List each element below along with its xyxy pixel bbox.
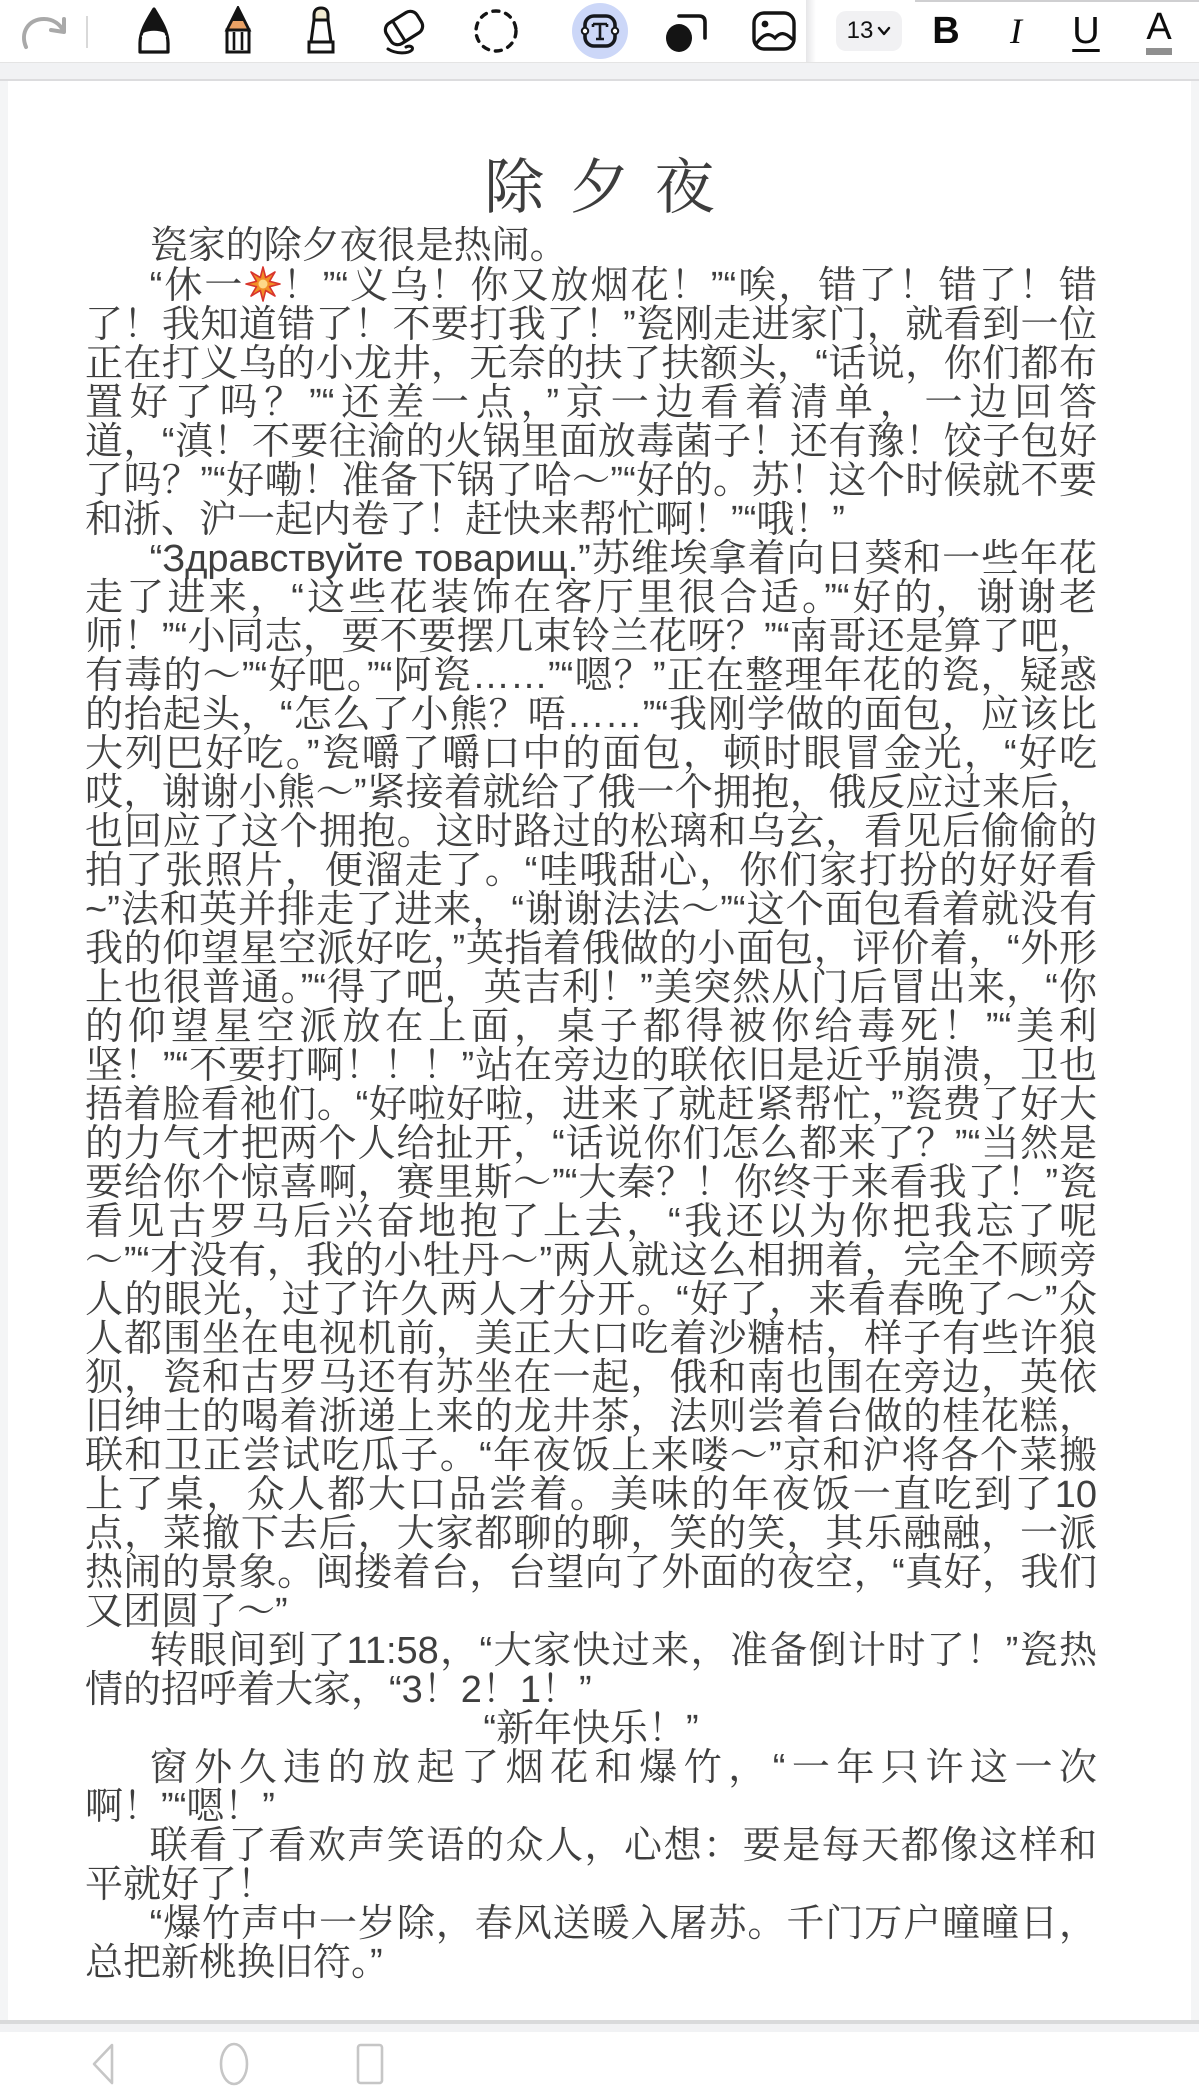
toolbar-divider [86, 16, 88, 48]
toolbar: 13 B I U A [0, 0, 1199, 62]
underline-button[interactable]: U [1056, 0, 1116, 62]
lasso-tool-button[interactable] [466, 0, 526, 62]
bold-button[interactable]: B [916, 0, 976, 62]
toolbar-section-divider [806, 0, 816, 62]
italic-label: I [1010, 13, 1022, 49]
document-canvas[interactable]: 除夕夜 瓷家的除夕夜很是热闹。 “休一！”“义乌！你又放烟花！”“唉，错了！错了… [8, 81, 1191, 2020]
undo-button[interactable] [10, 0, 76, 62]
underline-label: U [1072, 12, 1099, 50]
back-button[interactable] [88, 2040, 118, 2088]
paragraph[interactable]: 转眼间到了11:58，“大家快过来，准备倒计时了！”瓷热情的招呼着大家，“3！2… [85, 1632, 1097, 1710]
text-box-icon [572, 3, 628, 59]
bold-label: B [932, 12, 959, 50]
shapes-icon [661, 6, 711, 56]
android-navigation-bar [0, 2032, 1199, 2097]
page-right-gutter [1191, 81, 1199, 2020]
paragraph[interactable]: 联看了看欢声笑语的众人，心想：要是每天都像这样和平就好了！ [85, 1827, 1097, 1905]
lasso-select-icon [471, 6, 521, 56]
italic-button[interactable]: I [988, 0, 1044, 62]
marker-icon [301, 6, 341, 56]
font-size-value: 13 [847, 17, 874, 45]
text-tool-button[interactable] [572, 0, 628, 62]
pencil-tool-button[interactable] [210, 0, 266, 62]
image-tool-button[interactable] [746, 0, 802, 62]
home-button[interactable] [217, 2040, 251, 2088]
undo-icon [18, 11, 68, 51]
marker-tool-button[interactable] [293, 0, 349, 62]
eraser-tool-button[interactable] [374, 0, 434, 62]
app-screen: 13 B I U A 除夕夜 瓷家的除夕夜很是热闹。 “休一！”“义乌！你又放烟… [0, 0, 1199, 2097]
font-color-button[interactable]: A [1128, 0, 1190, 62]
explosion-emoji [245, 266, 281, 302]
paragraph[interactable]: 窗外久违的放起了烟花和爆竹，“一年只许这一次啊！”“嗯！” [85, 1749, 1097, 1827]
paragraph[interactable]: “新年快乐！” [85, 1710, 1097, 1749]
page-bottom-separator [0, 2020, 1199, 2032]
eraser-icon [378, 6, 430, 56]
font-size-dropdown[interactable]: 13 [836, 11, 902, 51]
pen-tool-button[interactable] [126, 0, 182, 62]
font-color-label: A [1146, 8, 1171, 55]
insert-image-icon [749, 6, 799, 56]
back-triangle-icon [88, 2040, 118, 2088]
document-body[interactable]: 瓷家的除夕夜很是热闹。 “休一！”“义乌！你又放烟花！”“唉，错了！错了！错了！… [85, 227, 1097, 2072]
chevron-down-icon [877, 26, 891, 36]
paragraph[interactable]: “Здравствуйте товарищ.”苏维埃拿着向日葵和一些年花走了进来… [85, 540, 1097, 1632]
home-circle-icon [217, 2040, 251, 2088]
shape-tool-button[interactable] [658, 0, 714, 62]
toolbar-page-separator [0, 62, 1199, 81]
recents-square-icon [353, 2040, 387, 2088]
paragraph-text: ！”“义乌！你又放烟花！”“唉，错了！错了！错了！我知道错了！不要打我了！”瓷刚… [85, 265, 1097, 541]
page-left-gutter [0, 81, 8, 2020]
pencil-icon [215, 6, 261, 56]
fountain-pen-icon [131, 6, 177, 56]
paragraph[interactable]: “休一！”“义乌！你又放烟花！”“唉，错了！错了！错了！我知道错了！不要打我了！… [85, 266, 1097, 540]
paragraph[interactable]: 瓷家的除夕夜很是热闹。 [85, 227, 1097, 266]
document-title[interactable]: 除夕夜 [8, 153, 1191, 223]
paragraph[interactable]: “爆竹声中一岁除，春风送暖入屠苏。千门万户曈曈日，总把新桃换旧符。” [85, 1905, 1097, 1983]
paragraph-text: “休一 [150, 265, 245, 307]
recents-button[interactable] [353, 2040, 387, 2088]
